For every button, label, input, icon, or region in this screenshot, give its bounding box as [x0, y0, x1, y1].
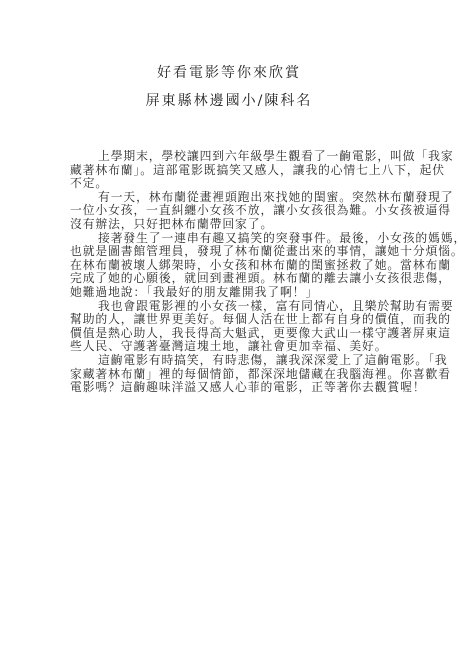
- document-byline: 屏東縣林邊國小/陳科名: [0, 93, 458, 109]
- text-line: 接著發生了一連串有趣又搞笑的突發事件。最後，小女孩的媽媽，: [70, 232, 394, 246]
- text-line: 電影嗎？這齣趣味洋溢又感人心菲的電影，正等著你去觀賞喔！: [70, 381, 394, 395]
- text-line: 幫助的人，讓世界更美好。每個人活在世上都有自身的價值，而我的: [70, 313, 394, 327]
- paragraph-5: 這齣電影有時搞笑，有時悲傷，讓我深深愛上了這齣電影。「我 家藏著林布蘭」裡的每個…: [70, 354, 394, 395]
- text-line: 上學期末，學校讓四到六年級學生觀看了一齣電影，叫做「我家: [70, 150, 394, 164]
- text-line: 我也會跟電影裡的小女孩一樣，富有同情心，且樂於幫助有需要: [70, 300, 394, 314]
- text-line: 價值是熱心助人，我長得高大魁武，更要像大武山一樣守護著屏東這: [70, 327, 394, 341]
- text-line: 藏著林布蘭」。這部電影既搞笑又感人，讓我的心情七上八下，起伏: [70, 164, 394, 178]
- text-line: 不定。: [70, 177, 394, 191]
- text-line: 沒有辦法，只好把林布蘭帶回家了。: [70, 218, 394, 232]
- paragraph-1: 上學期末，學校讓四到六年級學生觀看了一齣電影，叫做「我家 藏著林布蘭」。這部電影…: [70, 150, 394, 191]
- document-title: 好看電影等你來欣賞: [0, 65, 458, 81]
- document-body: 上學期末，學校讓四到六年級學生觀看了一齣電影，叫做「我家 藏著林布蘭」。這部電影…: [70, 150, 394, 395]
- paragraph-2: 有一天，林布蘭從畫裡頭跑出來找她的閨蜜。突然林布蘭發現了 一位小女孩，一直糾纏小…: [70, 191, 394, 232]
- text-line: 也就是圖書館管理員，發現了林布蘭從畫出來的事情，讓她十分煩惱。: [70, 245, 394, 259]
- document-page: 好看電影等你來欣賞 屏東縣林邊國小/陳科名 上學期末，學校讓四到六年級學生觀看了…: [0, 0, 458, 648]
- paragraph-3: 接著發生了一連串有趣又搞笑的突發事件。最後，小女孩的媽媽， 也就是圖書館管理員，…: [70, 232, 394, 300]
- text-line: 有一天，林布蘭從畫裡頭跑出來找她的閨蜜。突然林布蘭發現了: [70, 191, 394, 205]
- text-line: 在林布蘭被壞人綁架時，小女孩和林布蘭的閨蜜拯救了她。當林布蘭: [70, 259, 394, 273]
- text-line: 家藏著林布蘭」裡的每個情節，都深深地儲藏在我腦海裡。你喜歡看: [70, 368, 394, 382]
- text-line: 她難過地說：「我最好的朋友離開我了啊！」: [70, 286, 394, 300]
- text-line: 這齣電影有時搞笑，有時悲傷，讓我深深愛上了這齣電影。「我: [70, 354, 394, 368]
- text-line: 些人民、守護著臺灣這塊土地，讓社會更加幸福、美好。: [70, 340, 394, 354]
- text-line: 一位小女孩，一直糾纏小女孩不放，讓小女孩很為難。小女孩被逼得: [70, 204, 394, 218]
- paragraph-4: 我也會跟電影裡的小女孩一樣，富有同情心，且樂於幫助有需要 幫助的人，讓世界更美好…: [70, 300, 394, 354]
- text-line: 完成了她的心願後，就回到畫裡頭。林布蘭的離去讓小女孩很悲傷，: [70, 272, 394, 286]
